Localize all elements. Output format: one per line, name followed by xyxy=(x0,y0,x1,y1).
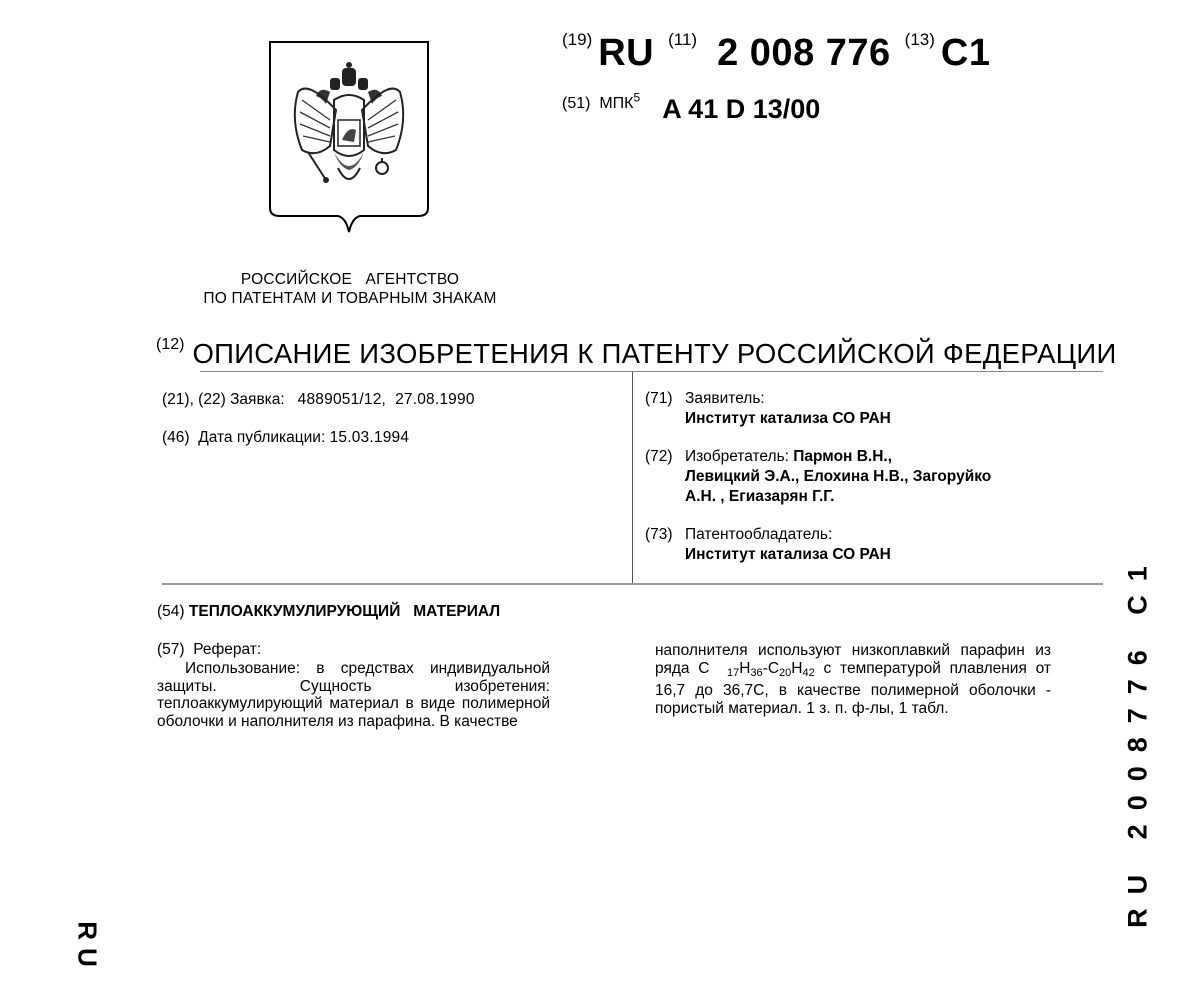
side-country-code-text: RU xyxy=(72,921,103,975)
ipc-code: A 41 D 13/00 xyxy=(662,94,820,124)
publication-tag: (46) xyxy=(162,429,190,446)
country-tag: (19) xyxy=(562,30,592,49)
agency-name: РОССИЙСКОЕ АГЕНТСТВО ПО ПАТЕНТАМ И ТОВАР… xyxy=(170,270,530,308)
invention-title-tag: (54) xyxy=(157,603,185,620)
formula-sub-3: 20 xyxy=(779,667,791,679)
patentee-field: (73) Патентообладатель: Институт катализ… xyxy=(645,525,1045,565)
abstract-left-text: Использование: в средствах индивидуально… xyxy=(157,660,550,730)
document-title-text: ОПИСАНИЕ ИЗОБРЕТЕНИЯ К ПАТЕНТУ РОССИЙСКО… xyxy=(192,338,1116,369)
ipc-tag: (51) xyxy=(562,95,590,112)
patentee-tag: (73) xyxy=(645,525,685,565)
formula-sub-4: 42 xyxy=(803,667,815,679)
country-code: RU xyxy=(598,32,654,74)
ipc-edition: 5 xyxy=(634,91,641,105)
abstract-left-column: Использование: в средствах индивидуально… xyxy=(157,660,550,730)
side-patent-number: RU 2008776 C1 xyxy=(1108,520,1168,960)
abstract-right-line-2: с температурой плавления от 16,7 до 36,7… xyxy=(655,660,1051,717)
parties-block: (71) Заявитель: Институт катализа СО РАН… xyxy=(645,389,1045,583)
applicant-value: Институт катализа СО РАН xyxy=(685,409,1045,429)
formula-dash-c: -C xyxy=(763,660,779,677)
kind-code: C1 xyxy=(941,32,991,74)
formula-sub-2: 36 xyxy=(750,667,762,679)
russian-coat-of-arms-icon xyxy=(268,40,430,234)
abstract-heading: (57) Реферат: xyxy=(157,641,261,659)
abstract-right-text: наполнителя используют низкоплавкий пара… xyxy=(655,642,1051,717)
patentee-value: Институт катализа СО РАН xyxy=(685,545,1045,565)
abstract-label: Реферат: xyxy=(193,641,261,658)
agency-line-2: ПО ПАТЕНТАМ И ТОВАРНЫМ ЗНАКАМ xyxy=(170,289,530,308)
applicant-tag: (71) xyxy=(645,389,685,429)
side-country-code: RU xyxy=(62,915,112,980)
abstract-right-column: наполнителя используют низкоплавкий пара… xyxy=(655,642,1051,717)
applicant-field: (71) Заявитель: Институт катализа СО РАН xyxy=(645,389,1045,429)
application-label: Заявка: xyxy=(230,391,285,408)
inventors-line-2: Левицкий Э.А., Елохина Н.В., Загоруйко xyxy=(685,467,1045,487)
formula-sub-1: 17 xyxy=(727,667,739,679)
patent-header: (19)RU(11)2 008 776(13)C1 xyxy=(562,32,990,92)
agency-line-1: РОССИЙСКОЕ АГЕНТСТВО xyxy=(170,270,530,289)
abstract-tag: (57) xyxy=(157,641,185,658)
patentee-label: Патентообладатель: xyxy=(685,525,1045,545)
application-tag: (21), (22) xyxy=(162,391,226,408)
formula-h2: H xyxy=(791,660,802,677)
publication-field: (46) Дата публикации: 15.03.1994 xyxy=(162,428,409,448)
document-title: (12)ОПИСАНИЕ ИЗОБРЕТЕНИЯ К ПАТЕНТУ РОССИ… xyxy=(156,338,1117,370)
invention-title: ТЕПЛОАККУМУЛИРУЮЩИЙ МАТЕРИАЛ xyxy=(189,603,500,620)
formula-h1: H xyxy=(739,660,750,677)
inventors-tag: (72) xyxy=(645,447,685,507)
application-field: (21), (22) Заявка: 4889051/12, 27.08.199… xyxy=(162,390,475,410)
side-patent-number-text: RU 2008776 C1 xyxy=(1123,552,1154,928)
invention-title-field: (54) ТЕПЛОАККУМУЛИРУЮЩИЙ МАТЕРИАЛ xyxy=(157,603,500,621)
publication-value: 15.03.1994 xyxy=(330,429,410,446)
ipc-label: МПК xyxy=(599,95,633,112)
column-divider xyxy=(632,372,633,584)
ipc-classification: (51) МПК5A 41 D 13/00 xyxy=(562,94,820,125)
document-title-tag: (12) xyxy=(156,336,184,353)
publication-label: Дата публикации: xyxy=(198,429,325,446)
inventors-label: Изобретатель: xyxy=(685,448,789,465)
coat-of-arms-emblem xyxy=(268,40,430,234)
inventors-field: (72) Изобретатель: Пармон В.Н., Левицкий… xyxy=(645,447,1045,507)
application-value: 4889051/12, 27.08.1990 xyxy=(298,391,475,408)
divider-middle xyxy=(162,583,1103,585)
divider-top xyxy=(200,371,1103,372)
inventors-line-3: А.Н. , Егиазарян Г.Г. xyxy=(685,487,1045,507)
inventors-line-1: Пармон В.Н., xyxy=(793,448,892,465)
applicant-label: Заявитель: xyxy=(685,389,1045,409)
patent-number: 2 008 776 xyxy=(717,32,891,74)
kind-tag: (13) xyxy=(905,30,935,49)
number-tag: (11) xyxy=(668,30,697,49)
